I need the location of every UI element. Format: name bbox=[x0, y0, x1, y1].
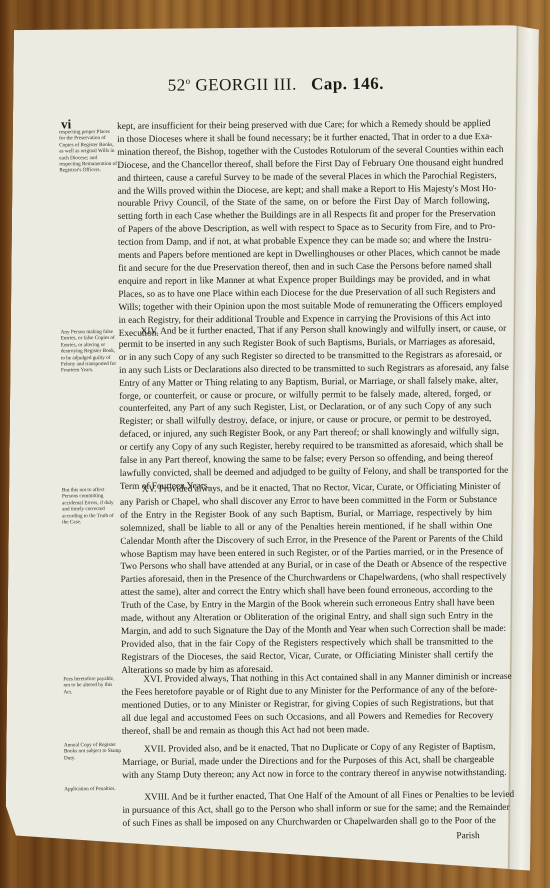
section-xv: XV. Provided always, and be it enacted, … bbox=[120, 481, 494, 678]
section-xiv: XIV. And be it further enacted, That if … bbox=[119, 323, 492, 494]
catchword: Parish bbox=[456, 831, 479, 841]
section-xviii: XVIII. And be it further enacted, That O… bbox=[122, 789, 494, 831]
section-continuation: kept, are insufficient for their being p… bbox=[117, 118, 491, 340]
page-body: vi respecting proper Places for the Pres… bbox=[6, 21, 538, 870]
text-line: thereof, shall be and remain as though t… bbox=[122, 723, 494, 739]
margin-note-preservation: respecting proper Places for the Preserv… bbox=[59, 129, 117, 174]
margin-note-stamp-duty: Annual Copy of Register Books not subjec… bbox=[64, 742, 122, 762]
margin-note-false-entries: Any Person making false Entries, or fals… bbox=[61, 329, 119, 374]
margin-note-accidental-errors: But this not to affect Persons committin… bbox=[62, 487, 120, 526]
document-page: 52o GEORGII III. Cap. 146. vi respecting… bbox=[5, 20, 539, 870]
section-xvii: XVII. Provided also, and be it enacted, … bbox=[122, 741, 494, 783]
text-line: with any Stamp Duty thereon; any Act now… bbox=[122, 767, 494, 783]
margin-note-penalties: Application of Penalties. bbox=[64, 786, 122, 793]
margin-note-fees: Fees heretofore payable, not to be alter… bbox=[63, 676, 121, 696]
section-xvi: XVI. Provided always, That nothing in th… bbox=[121, 671, 493, 738]
text-line: of such Fines as shall be imposed on any… bbox=[122, 815, 494, 831]
